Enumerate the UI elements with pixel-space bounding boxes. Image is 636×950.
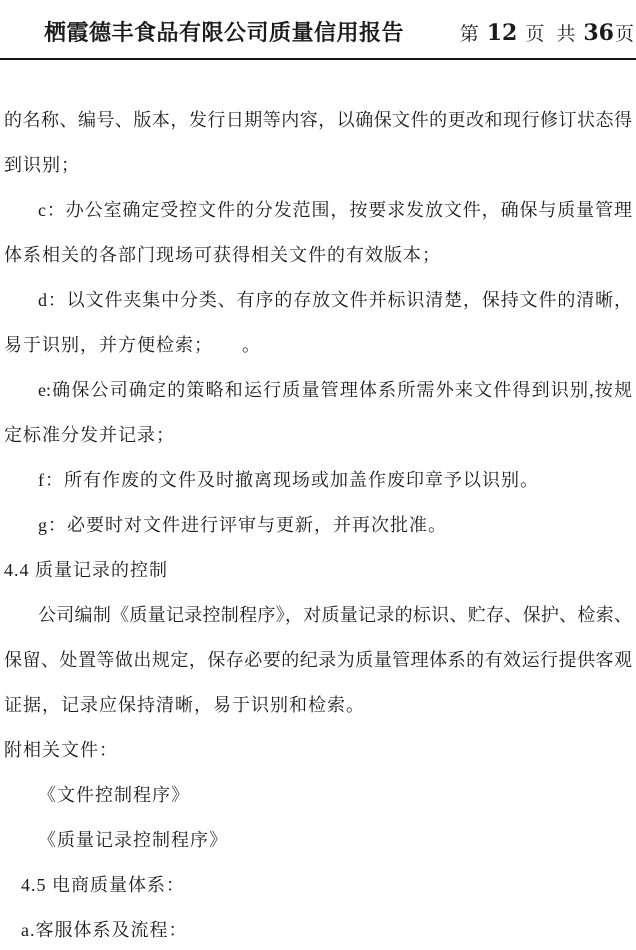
of-word-label: 共 bbox=[556, 24, 575, 45]
document-body: 的名称、编号、版本，发行日期等内容，以确保文件的更改和现行修订状态得到识别；c：… bbox=[0, 98, 636, 950]
text-line: 4.4 质量记录的控制 bbox=[4, 548, 632, 593]
text-line: 公司编制《质量记录控制程序》，对质量记录的标识、贮存、保护、检索、 bbox=[4, 593, 632, 638]
page-number: 12 bbox=[487, 20, 518, 46]
text-line: 到识别； bbox=[4, 143, 632, 188]
text-line: 体系相关的各部门现场可获得相关文件的有效版本； bbox=[4, 233, 632, 278]
document-page: 栖霞德丰食品有限公司质量信用报告 第12页共36页 的名称、编号、版本，发行日期… bbox=[0, 0, 636, 950]
text-line: 保留、处置等做出规定，保存必要的纪录为质量管理体系的有效运行提供客观 bbox=[4, 638, 632, 683]
text-line: e:确保公司确定的策略和运行质量管理体系所需外来文件得到识别,按规 bbox=[4, 368, 632, 413]
text-line: a.客服体系及流程： bbox=[4, 908, 632, 950]
page-suffix-label: 页 bbox=[615, 24, 634, 45]
document-title: 栖霞德丰食品有限公司质量信用报告 bbox=[44, 16, 404, 47]
total-pages: 36 bbox=[583, 20, 614, 46]
page-word-label: 页 bbox=[525, 24, 544, 45]
text-line: g：必要时对文件进行评审与更新，并再次批准。 bbox=[4, 503, 632, 548]
page-indicator: 第12页共36页 bbox=[460, 19, 634, 46]
page-header: 栖霞德丰食品有限公司质量信用报告 第12页共36页 bbox=[0, 0, 636, 60]
text-line: c：办公室确定受控文件的分发范围，按要求发放文件，确保与质量管理 bbox=[4, 188, 632, 233]
text-line: 4.5 电商质量体系： bbox=[4, 863, 632, 908]
text-line: 定标准分发并记录； bbox=[4, 413, 632, 458]
text-line: f：所有作废的文件及时撤离现场或加盖作废印章予以识别。 bbox=[4, 458, 632, 503]
text-line: 易于识别，并方便检索； 。 bbox=[4, 323, 632, 368]
text-line: 证据，记录应保持清晰，易于识别和检索。 bbox=[4, 683, 632, 728]
text-line: 的名称、编号、版本，发行日期等内容，以确保文件的更改和现行修订状态得 bbox=[4, 98, 632, 143]
text-line: 附相关文件： bbox=[4, 728, 632, 773]
text-line: d：以文件夹集中分类、有序的存放文件并标识清楚，保持文件的清晰， bbox=[4, 278, 632, 323]
text-line: 《文件控制程序》 bbox=[4, 773, 632, 818]
page-prefix-label: 第 bbox=[460, 24, 479, 45]
text-line: 《质量记录控制程序》 bbox=[4, 818, 632, 863]
